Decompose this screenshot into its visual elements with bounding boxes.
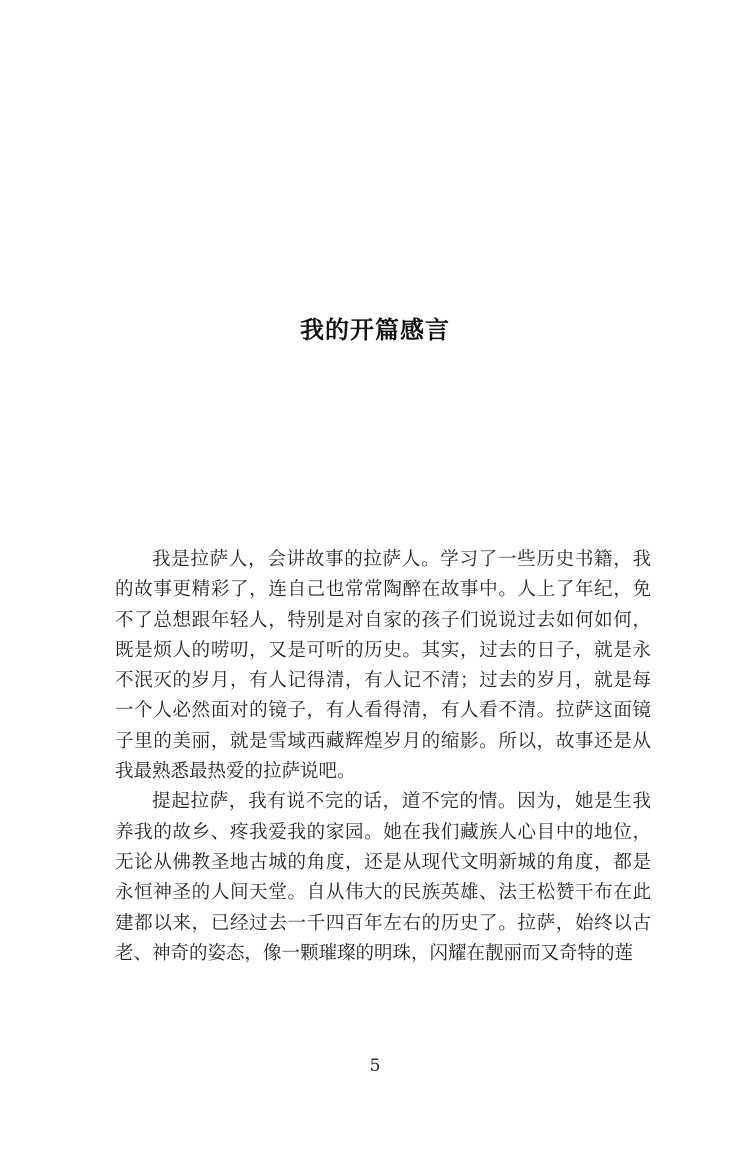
book-page: 我的开篇感言 我是拉萨人，会讲故事的拉萨人。学习了一些历史书籍，我的故事更精彩了… — [0, 0, 750, 1150]
body-text: 我是拉萨人，会讲故事的拉萨人。学习了一些历史书籍，我的故事更精彩了，连自己也常常… — [115, 545, 651, 969]
paragraph-2: 提起拉萨，我有说不完的话，道不完的情。因为，她是生我养我的故乡、疼我爱我的家园。… — [115, 787, 651, 969]
page-number: 5 — [0, 1056, 750, 1076]
chapter-title: 我的开篇感言 — [0, 312, 750, 348]
paragraph-1: 我是拉萨人，会讲故事的拉萨人。学习了一些历史书籍，我的故事更精彩了，连自己也常常… — [115, 545, 651, 787]
